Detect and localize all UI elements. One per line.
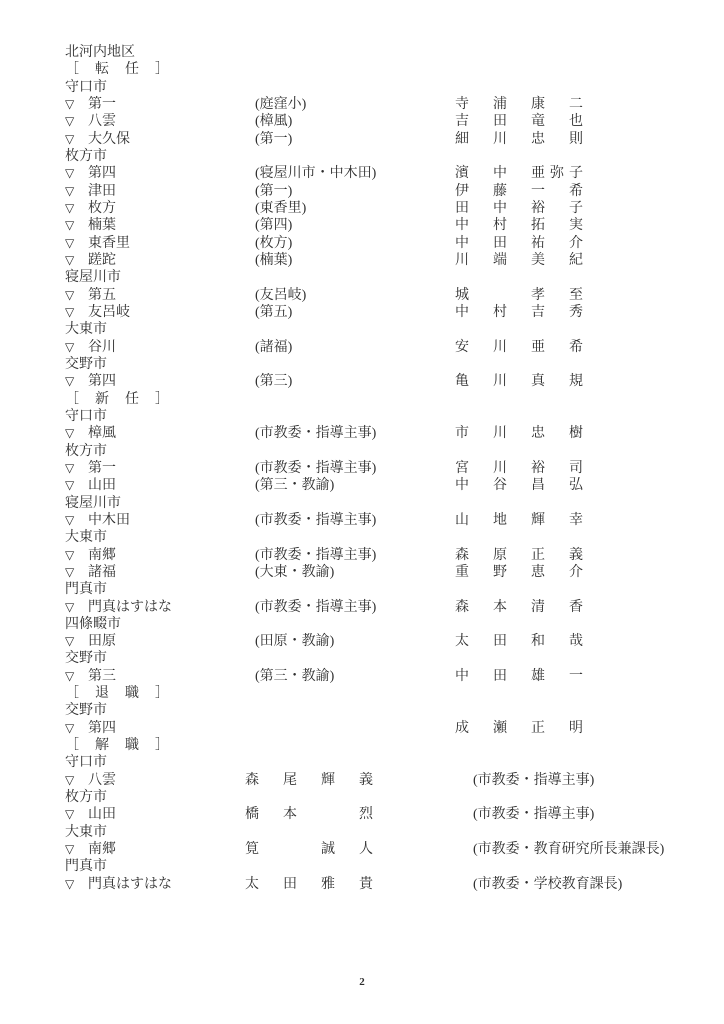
triangle-marker-icon: ▽ xyxy=(65,425,74,442)
school-name: 枚方 xyxy=(88,200,116,217)
transfer-entry-row: ▽南郷(市教委・指導主事)森 原 正 義 xyxy=(65,547,705,564)
previous-post: (市教委・指導主事) xyxy=(255,425,376,442)
triangle-marker-icon: ▽ xyxy=(65,512,74,529)
section-header: ［ 退 職 ］ xyxy=(65,685,705,702)
dismissal-entry-row: ▽山田橋 本 烈(市教委・指導主事) xyxy=(65,806,705,823)
document-body: 北河内地区［ 転 任 ］守口市▽第一(庭窪小)寺 浦 康 二▽八雲(樟風)吉 田… xyxy=(65,44,705,893)
triangle-marker-icon: ▽ xyxy=(65,200,74,217)
triangle-marker-icon: ▽ xyxy=(65,131,74,148)
transfer-entry-row: ▽山田(第三・教諭)中 谷 昌 弘 xyxy=(65,477,705,494)
person-name: 山 地 輝 幸 xyxy=(455,512,588,529)
school-name: 南郷 xyxy=(88,547,116,564)
transfer-entry-row: ▽八雲(樟風)吉 田 竜 也 xyxy=(65,113,705,130)
school-name: 山田 xyxy=(88,477,116,494)
triangle-marker-icon: ▽ xyxy=(65,876,74,893)
city-header: 枚方市 xyxy=(65,148,705,165)
city-header: 門真市 xyxy=(65,581,705,598)
previous-post: (第五) xyxy=(255,304,292,321)
school-name: 楠葉 xyxy=(88,217,116,234)
position-note: (市教委・指導主事) xyxy=(473,772,594,789)
previous-post: (第一) xyxy=(255,183,292,200)
school-name: 谷川 xyxy=(88,339,116,356)
transfer-entry-row: ▽東香里(枚方)中 田 祐 介 xyxy=(65,235,705,252)
triangle-marker-icon: ▽ xyxy=(65,339,74,356)
transfer-entry-row: ▽第三(第三・教諭)中 田 雄 一 xyxy=(65,668,705,685)
region-title: 北河内地区 xyxy=(65,44,705,61)
position-note: (市教委・学校教育課長) xyxy=(473,876,622,893)
previous-post: (諸福) xyxy=(255,339,292,356)
triangle-marker-icon: ▽ xyxy=(65,668,74,685)
triangle-marker-icon: ▽ xyxy=(65,460,74,477)
transfer-entry-row: ▽蹉跎(楠葉)川 端 美 紀 xyxy=(65,252,705,269)
city-header: 枚方市 xyxy=(65,789,705,806)
person-name: 太 田 和 哉 xyxy=(455,633,588,650)
city-header: 寝屋川市 xyxy=(65,495,705,512)
person-name: 成 瀬 正 明 xyxy=(455,720,588,737)
previous-post: (市教委・指導主事) xyxy=(255,547,376,564)
person-name: 中 田 雄 一 xyxy=(455,668,588,685)
person-name: 森 尾 輝 義 xyxy=(245,772,378,789)
transfer-entry-row: ▽谷川(諸福)安 川 亜 希 xyxy=(65,339,705,356)
city-header: 大東市 xyxy=(65,321,705,338)
person-name: 田 中 裕 子 xyxy=(455,200,588,217)
school-name: 南郷 xyxy=(88,841,116,858)
school-name: 第四 xyxy=(88,373,116,390)
school-name: 八雲 xyxy=(88,113,116,130)
triangle-marker-icon: ▽ xyxy=(65,841,74,858)
school-name: 中木田 xyxy=(88,512,130,529)
transfer-entry-row: ▽樟風(市教委・指導主事)市 川 忠 樹 xyxy=(65,425,705,442)
previous-post: (第一) xyxy=(255,131,292,148)
previous-post: (第三) xyxy=(255,373,292,390)
transfer-entry-row: ▽諸福(大東・教諭)重 野 恵 介 xyxy=(65,564,705,581)
triangle-marker-icon: ▽ xyxy=(65,564,74,581)
school-name: 門真はすはな xyxy=(88,876,172,893)
person-name: 橋 本 烈 xyxy=(245,806,378,823)
city-header: 交野市 xyxy=(65,650,705,667)
triangle-marker-icon: ▽ xyxy=(65,287,74,304)
person-name: 吉 田 竜 也 xyxy=(455,113,588,130)
previous-post: (第三・教諭) xyxy=(255,477,334,494)
transfer-entry-row: ▽第四(第三)亀 川 真 規 xyxy=(65,373,705,390)
person-name: 城 孝 至 xyxy=(455,287,588,304)
school-name: 第一 xyxy=(88,96,116,113)
transfer-entry-row: ▽津田(第一)伊 藤 一 希 xyxy=(65,183,705,200)
previous-post: (枚方) xyxy=(255,235,292,252)
city-header: 守口市 xyxy=(65,754,705,771)
section-header: ［ 転 任 ］ xyxy=(65,61,705,78)
city-header: 大東市 xyxy=(65,824,705,841)
triangle-marker-icon: ▽ xyxy=(65,165,74,182)
school-name: 門真はすはな xyxy=(88,599,172,616)
previous-post: (市教委・指導主事) xyxy=(255,512,376,529)
transfer-entry-row: ▽第一(庭窪小)寺 浦 康 二 xyxy=(65,96,705,113)
person-name: 川 端 美 紀 xyxy=(455,252,588,269)
transfer-entry-row: ▽第四(寝屋川市・中木田)濱 中 亜弥子 xyxy=(65,165,705,182)
person-name: 中 田 祐 介 xyxy=(455,235,588,252)
school-name: 第四 xyxy=(88,165,116,182)
person-name: 太 田 雅 貴 xyxy=(245,876,378,893)
person-name: 中 村 吉 秀 xyxy=(455,304,588,321)
previous-post: (友呂岐) xyxy=(255,287,306,304)
person-name: 筧 誠 人 xyxy=(245,841,378,858)
city-header: 寝屋川市 xyxy=(65,269,705,286)
section-header: ［ 新 任 ］ xyxy=(65,391,705,408)
person-name: 中 村 拓 実 xyxy=(455,217,588,234)
previous-post: (第四) xyxy=(255,217,292,234)
school-name: 八雲 xyxy=(88,772,116,789)
triangle-marker-icon: ▽ xyxy=(65,96,74,113)
previous-post: (大東・教諭) xyxy=(255,564,334,581)
school-name: 大久保 xyxy=(88,131,130,148)
previous-post: (東香里) xyxy=(255,200,306,217)
school-name: 東香里 xyxy=(88,235,130,252)
triangle-marker-icon: ▽ xyxy=(65,113,74,130)
person-name: 中 谷 昌 弘 xyxy=(455,477,588,494)
city-header: 守口市 xyxy=(65,79,705,96)
person-name: 伊 藤 一 希 xyxy=(455,183,588,200)
dismissal-entry-row: ▽八雲森 尾 輝 義(市教委・指導主事) xyxy=(65,772,705,789)
school-name: 山田 xyxy=(88,806,116,823)
person-name: 濱 中 亜弥子 xyxy=(455,165,588,182)
school-name: 第一 xyxy=(88,460,116,477)
school-name: 諸福 xyxy=(88,564,116,581)
previous-post: (庭窪小) xyxy=(255,96,306,113)
transfer-entry-row: ▽友呂岐(第五)中 村 吉 秀 xyxy=(65,304,705,321)
transfer-entry-row: ▽楠葉(第四)中 村 拓 実 xyxy=(65,217,705,234)
dismissal-entry-row: ▽南郷筧 誠 人(市教委・教育研究所長兼課長) xyxy=(65,841,705,858)
triangle-marker-icon: ▽ xyxy=(65,633,74,650)
triangle-marker-icon: ▽ xyxy=(65,806,74,823)
previous-post: (寝屋川市・中木田) xyxy=(255,165,376,182)
city-header: 枚方市 xyxy=(65,443,705,460)
person-name: 寺 浦 康 二 xyxy=(455,96,588,113)
city-header: 守口市 xyxy=(65,408,705,425)
school-name: 蹉跎 xyxy=(88,252,116,269)
school-name: 第五 xyxy=(88,287,116,304)
city-header: 四條畷市 xyxy=(65,616,705,633)
triangle-marker-icon: ▽ xyxy=(65,772,74,789)
triangle-marker-icon: ▽ xyxy=(65,217,74,234)
previous-post: (樟風) xyxy=(255,113,292,130)
school-name: 友呂岐 xyxy=(88,304,130,321)
transfer-entry-row: ▽第四成 瀬 正 明 xyxy=(65,720,705,737)
school-name: 樟風 xyxy=(88,425,116,442)
transfer-entry-row: ▽田原(田原・教諭)太 田 和 哉 xyxy=(65,633,705,650)
triangle-marker-icon: ▽ xyxy=(65,183,74,200)
person-name: 森 原 正 義 xyxy=(455,547,588,564)
previous-post: (市教委・指導主事) xyxy=(255,460,376,477)
triangle-marker-icon: ▽ xyxy=(65,252,74,269)
position-note: (市教委・教育研究所長兼課長) xyxy=(473,841,664,858)
city-header: 門真市 xyxy=(65,858,705,875)
transfer-entry-row: ▽枚方(東香里)田 中 裕 子 xyxy=(65,200,705,217)
school-name: 第四 xyxy=(88,720,116,737)
document-page: 北河内地区［ 転 任 ］守口市▽第一(庭窪小)寺 浦 康 二▽八雲(樟風)吉 田… xyxy=(0,0,724,1024)
person-name: 宮 川 裕 司 xyxy=(455,460,588,477)
triangle-marker-icon: ▽ xyxy=(65,599,74,616)
person-name: 森 本 清 香 xyxy=(455,599,588,616)
school-name: 津田 xyxy=(88,183,116,200)
person-name: 重 野 恵 介 xyxy=(455,564,588,581)
triangle-marker-icon: ▽ xyxy=(65,720,74,737)
city-header: 大東市 xyxy=(65,529,705,546)
school-name: 田原 xyxy=(88,633,116,650)
person-name: 細 川 忠 則 xyxy=(455,131,588,148)
page-number: 2 xyxy=(0,976,724,988)
previous-post: (市教委・指導主事) xyxy=(255,599,376,616)
city-header: 交野市 xyxy=(65,702,705,719)
previous-post: (第三・教諭) xyxy=(255,668,334,685)
triangle-marker-icon: ▽ xyxy=(65,235,74,252)
triangle-marker-icon: ▽ xyxy=(65,373,74,390)
triangle-marker-icon: ▽ xyxy=(65,477,74,494)
transfer-entry-row: ▽大久保(第一)細 川 忠 則 xyxy=(65,131,705,148)
school-name: 第三 xyxy=(88,668,116,685)
transfer-entry-row: ▽門真はすはな(市教委・指導主事)森 本 清 香 xyxy=(65,599,705,616)
transfer-entry-row: ▽中木田(市教委・指導主事)山 地 輝 幸 xyxy=(65,512,705,529)
city-header: 交野市 xyxy=(65,356,705,373)
dismissal-entry-row: ▽門真はすはな太 田 雅 貴(市教委・学校教育課長) xyxy=(65,876,705,893)
transfer-entry-row: ▽第一(市教委・指導主事)宮 川 裕 司 xyxy=(65,460,705,477)
transfer-entry-row: ▽第五(友呂岐)城 孝 至 xyxy=(65,287,705,304)
triangle-marker-icon: ▽ xyxy=(65,304,74,321)
person-name: 亀 川 真 規 xyxy=(455,373,588,390)
person-name: 安 川 亜 希 xyxy=(455,339,588,356)
triangle-marker-icon: ▽ xyxy=(65,547,74,564)
previous-post: (楠葉) xyxy=(255,252,292,269)
previous-post: (田原・教諭) xyxy=(255,633,334,650)
person-name: 市 川 忠 樹 xyxy=(455,425,588,442)
position-note: (市教委・指導主事) xyxy=(473,806,594,823)
section-header: ［ 解 職 ］ xyxy=(65,737,705,754)
